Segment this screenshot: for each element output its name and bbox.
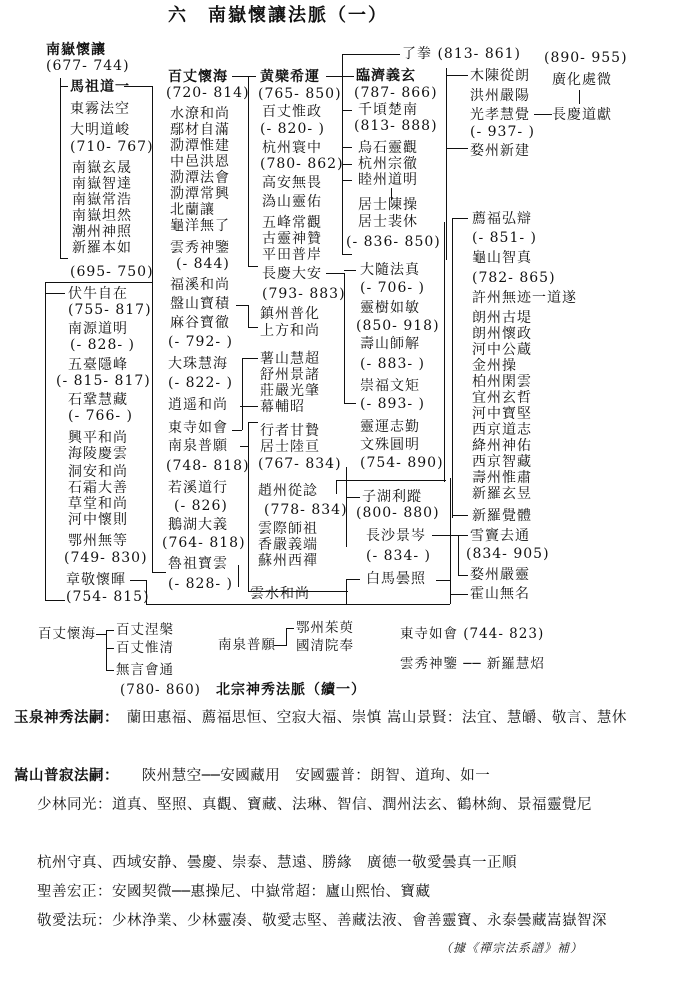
connector-line — [248, 266, 258, 267]
liaoquan: 了拳 (813- 861) — [402, 46, 521, 62]
disciple-name: 潮州神照 — [72, 224, 132, 240]
disciple-dates: (- 836- 850) — [346, 234, 441, 250]
disciple-name: 逍遥和尚 — [168, 397, 228, 413]
disciple-name: 無言會通 — [116, 662, 174, 678]
paragraph-shaolin: 少林同光：道真、堅照、真觀、寶藏、法琳、智信、潤州法玄、鶴林絢、景福靈覺尼 — [22, 791, 662, 820]
huangbo-xiyun: 黄檗希運 — [260, 69, 320, 85]
disciple-dates: (- 851- ) — [472, 230, 537, 246]
paragraph-text: 杭州守真、西域安静、曇慶、崇泰、慧遠、勝緣 廣德一敬愛曇真一正順 — [22, 855, 517, 871]
disciple-name: 新羅玄昱 — [472, 486, 532, 502]
disciple-name: 莊嚴光肇 — [260, 383, 320, 399]
disciple-name: 大明道峻 — [70, 122, 130, 138]
changsha-jingcen: 長沙景岑 — [366, 528, 426, 544]
paragraph-label: 玉泉神秀法嗣： — [14, 710, 112, 726]
connector-line — [248, 422, 249, 592]
paragraph-text: 蘭田惠福、薦福思恒、空寂大福、崇慎 嵩山景賢：法宜、慧皭、敬言、慧休 — [112, 710, 627, 726]
connector-line — [274, 645, 286, 646]
disciple-name: 南嶽常浩 — [72, 192, 132, 208]
disciple-name: 南泉普願 — [168, 438, 228, 454]
disciple-name: 木陳從朗 — [470, 68, 530, 84]
disciple-name: 若溪道行 — [168, 480, 228, 496]
disciple-dates: (- 766- ) — [68, 408, 133, 424]
guanghua-chuwei: 廣化處微 — [552, 72, 612, 88]
disciple-name: 溈山靈佑 — [262, 194, 322, 210]
disciple-name: 草堂和尚 — [68, 496, 128, 512]
connector-line — [342, 254, 352, 255]
disciple-name: 東寺如會 — [168, 420, 228, 436]
disciple-name: 壽山師解 — [360, 336, 420, 352]
connector-line — [130, 580, 146, 581]
disciple-name: 平田普岸 — [262, 247, 322, 263]
connector-line — [45, 282, 46, 600]
connector-line — [458, 535, 459, 575]
connector-line — [242, 358, 243, 430]
disciple-name: 魯祖寶雲 — [168, 556, 228, 572]
nanquan-puyuan: 南泉普願 — [218, 637, 276, 653]
disciple-name: 龜山智真 — [472, 250, 532, 266]
connector-line — [534, 114, 552, 115]
disciple-name: 石鞏慧藏 — [68, 392, 128, 408]
disciple-dates: (778- 834) — [264, 502, 348, 518]
disciple-name: 子湖利蹤 — [362, 489, 422, 505]
disciple-name: 白馬曇照 — [366, 571, 426, 587]
disciple-name: 鵝湖大義 — [168, 517, 228, 533]
disciple-name: 鎮州普化 — [260, 306, 320, 322]
disciple-name: 居士裴休 — [358, 214, 418, 230]
disciple-name: 五臺隱峰 — [68, 357, 128, 373]
connector-line — [336, 480, 337, 494]
disciple-name: 大珠慧海 — [168, 356, 228, 372]
connector-line — [446, 75, 468, 76]
baizhang-huaihai: 百丈懷海 — [38, 626, 96, 642]
paragraph-text: 敬愛法玩：少林浄業、少林靈凑、敬愛志堅、善藏法液、會善靈寶、永泰曇藏嵩嶽智深 — [22, 913, 607, 929]
disciple-dates: (- 826) — [174, 498, 228, 514]
disciple-name: 福溪和尚 — [170, 277, 230, 293]
disciple-dates: (- 828- ) — [70, 337, 135, 353]
disciple-name: 居士陳操 — [358, 197, 418, 213]
disciple-dates: (754- 815) — [66, 589, 150, 605]
disciple-name: 大隨法真 — [360, 262, 420, 278]
disciple-name: 香嚴義端 — [258, 537, 318, 553]
disciple-name: 靈運志勤 — [360, 419, 420, 435]
disciple-name: 烏石靈觀 — [358, 140, 418, 156]
disciple-name: 雲際師祖 — [258, 521, 318, 537]
connector-line — [60, 86, 68, 87]
zhaozhou-congshen: 趙州從諗 — [258, 483, 318, 499]
disciple-dates: (749- 830) — [64, 550, 148, 566]
page-title: 六 南嶽懷讓法脈（一） — [168, 8, 388, 24]
disciple-name: 河中寶堅 — [472, 406, 532, 422]
connector-line — [240, 446, 248, 447]
disciple-dates: (- 834- ) — [366, 548, 431, 564]
connector-line — [286, 628, 287, 646]
disciple-name: 百丈涅槃 — [116, 622, 174, 638]
disciple-dates: (695- 750) — [70, 264, 154, 280]
disciple-name: 國清院奉 — [296, 638, 354, 654]
disciple-name: 靈樹如敏 — [360, 300, 420, 316]
disciple-name: 古靈神贊 — [262, 231, 322, 247]
disciple-name: 東霧法空 — [70, 101, 130, 117]
connector-line — [146, 580, 147, 604]
connector-line — [326, 273, 344, 274]
disciple-dates: (782- 865) — [472, 270, 556, 286]
connector-line — [106, 630, 114, 631]
disciple-name: 鄂州茱萸 — [296, 620, 354, 636]
dongsi-ruhui: 東寺如會 (744- 823) — [400, 626, 544, 642]
connector-line — [346, 579, 360, 580]
disciple-name: 水潦和尚 — [170, 106, 230, 122]
disciple-name: 幕輔昭 — [260, 399, 305, 415]
disciple-dates: (890- 955) — [544, 50, 628, 66]
disciple-name: 鄢材自滿 — [170, 122, 230, 138]
connector-line — [146, 604, 346, 605]
disciple-name: 南嶽玄晟 — [72, 160, 132, 176]
connector-line — [344, 403, 356, 404]
disciple-dates: (767- 834) — [258, 456, 342, 472]
connector-line — [452, 515, 468, 516]
connector-line — [344, 273, 345, 403]
disciple-dates: (755- 817) — [68, 302, 152, 318]
changqing-daoxian: 長慶道獻 — [552, 107, 612, 123]
paragraph-songshan: 嵩山普寂法嗣： 陝州慧空──安國藏用 安國靈普：朗智、道珣、如一 — [14, 762, 662, 791]
disciple-name: 朗州古堤 — [472, 310, 532, 326]
disciple-name: 泐潭惟建 — [170, 138, 230, 154]
disciple-name: 行者甘贄 — [260, 423, 320, 439]
root-dates: (677- 744) — [46, 58, 130, 74]
disciple-name: 文殊圓明 — [360, 437, 420, 453]
disciple-name: 許州無迹一道遂 — [472, 290, 577, 306]
connector-line — [232, 430, 242, 431]
disciple-dates: (793- 883) — [262, 286, 346, 302]
disciple-name: 新羅覺體 — [472, 508, 532, 524]
connector-line — [458, 575, 468, 576]
connector-line — [446, 75, 447, 165]
paragraph-text: 陝州慧空──安國藏用 安國靈普：朗智、道珣、如一 — [112, 768, 490, 784]
disciple-dates: (754- 890) — [360, 455, 444, 471]
disciple-name: 河中懷則 — [68, 512, 128, 528]
disciple-name: 霍山無名 — [470, 586, 530, 602]
disciple-dates: (813- 888) — [354, 118, 438, 134]
disciple-name: 麻谷寶徹 — [170, 315, 230, 331]
connector-line — [342, 180, 352, 181]
connector-line — [342, 110, 352, 111]
disciple-dates: (710- 767) — [70, 139, 154, 155]
disciple-name: 婺州新建 — [470, 143, 530, 159]
connector-line — [45, 282, 152, 283]
disciple-name: 石霜大善 — [68, 480, 128, 496]
connector-line — [452, 218, 453, 518]
connector-line — [152, 572, 166, 573]
disciple-name: 南嶽智達 — [72, 176, 132, 192]
disciple-dates: (- 815- 817) — [56, 373, 151, 389]
disciple-name: 西京智藏 — [472, 454, 532, 470]
disciple-name: 杭州宗徹 — [358, 156, 418, 172]
connector-line — [236, 305, 248, 306]
disciple-name: 鄂州無等 — [68, 533, 128, 549]
disciple-dates: (850- 918) — [356, 318, 440, 334]
connector-line — [248, 76, 249, 266]
connector-line — [240, 406, 258, 407]
connector-line — [96, 634, 106, 635]
disciple-name: 洞安和尚 — [68, 464, 128, 480]
connector-line — [60, 258, 68, 259]
disciple-name: 金州操 — [472, 358, 517, 374]
disciple-dates: (- 844) — [176, 256, 230, 272]
connector-line — [106, 648, 114, 649]
connector-line — [346, 604, 450, 605]
connector-line — [248, 327, 258, 328]
disciple-name: 泐潭法會 — [170, 170, 230, 186]
disciple-name: 蘇州西禪 — [258, 553, 318, 569]
connector-line — [444, 222, 445, 482]
disciple-dates: (- 828- ) — [168, 576, 233, 592]
paragraph-label: 嵩山普寂法嗣： — [14, 768, 112, 784]
disciple-dates: (787- 866) — [354, 85, 438, 101]
disciple-dates: (720- 814) — [166, 85, 250, 101]
connector-line — [436, 580, 450, 581]
disciple-name: 河中公蔵 — [472, 342, 532, 358]
disciple-name: 北蘭讓 — [170, 202, 215, 218]
disciple-dates: (- 822- ) — [168, 375, 233, 391]
connector-line — [106, 630, 107, 670]
guangxiao-huijue: 光孝慧覺 — [470, 107, 530, 123]
disciple-name: 龜洋無了 — [170, 218, 230, 234]
paragraph-jingai: 敬愛法玩：少林浄業、少林靈凑、敬愛志堅、善藏法液、會善靈寶、永泰曇藏嵩嶽智深 — [22, 907, 662, 936]
connector-line — [286, 628, 294, 629]
disciple-name: 雲秀神鑒 — [170, 240, 230, 256]
disciple-name: 睦州道明 — [358, 172, 418, 188]
disciple-name: 中邑洪恩 — [170, 154, 230, 170]
paragraph-text: 少林同光：道真、堅照、真觀、寶藏、法琳、智信、潤州法玄、鶴林絢、景福靈覺尼 — [22, 797, 592, 813]
disciple-name: 南嶽坦然 — [72, 208, 132, 224]
disciple-name: 西京道志 — [472, 422, 532, 438]
disciple-name: 居士陸亘 — [260, 439, 320, 455]
disciple-name: 興平和尚 — [68, 430, 128, 446]
paragraph-shengshan: 聖善宏正：安國契微──惠操尼、中嶽常超：廬山熙怡、寶藏 — [22, 878, 662, 907]
connector-line — [342, 54, 343, 254]
paragraph-hangzhou: 杭州守真、西域安静、曇慶、崇泰、慧遠、勝緣 廣德一敬愛曇真一正順 — [22, 849, 662, 878]
yunxiu-shenjian: 雲秀神鑒 ── 新羅慧炤 — [400, 656, 545, 672]
disciple-name: 高安無畏 — [262, 175, 322, 191]
disciple-name: 海陵慶雲 — [68, 446, 128, 462]
disciple-name: 崇福文矩 — [360, 378, 420, 394]
disciple-name: 杭州寰中 — [262, 140, 322, 156]
connector-line — [242, 358, 258, 359]
disciple-name: 盤山寶積 — [170, 296, 230, 312]
connector-line — [450, 594, 468, 595]
disciple-name: 千頃楚南 — [358, 102, 418, 118]
disciple-dates: (- 792- ) — [168, 334, 233, 350]
connector-line — [106, 670, 114, 671]
connector-line — [336, 480, 446, 481]
disciple-name: 伏牛自在 — [68, 286, 128, 302]
connector-line — [579, 90, 580, 104]
connector-line — [248, 422, 258, 423]
changqing-daan: 長慶大安 — [262, 266, 322, 282]
connector-line — [346, 580, 347, 604]
connector-line — [344, 270, 356, 271]
disciple-name: 薯山慧超 — [260, 351, 320, 367]
section-subtitle: 北宗神秀法脈（續一） — [216, 682, 366, 698]
connector-line — [446, 148, 468, 149]
disciple-name: 南源道明 — [68, 321, 128, 337]
disciple-name: 朗州懷政 — [472, 326, 532, 342]
connector-line — [45, 600, 65, 601]
connector-line — [342, 54, 400, 55]
paragraph-yuquan: 玉泉神秀法嗣： 蘭田惠福、薦福思恒、空寂大福、崇慎 嵩山景賢：法宜、慧皭、敬言、… — [14, 704, 662, 733]
disciple-name: 上方和尚 — [260, 323, 320, 339]
disciple-name: 絳州神佑 — [472, 438, 532, 454]
connector-line — [60, 78, 61, 258]
paragraph-text: 聖善宏正：安國契微──惠操尼、中嶽常超：廬山熙怡、寶藏 — [22, 884, 430, 900]
connector-line — [124, 86, 152, 87]
connector-line — [248, 305, 249, 327]
connector-line — [346, 467, 347, 547]
baizhang-huaihai: 百丈懷海 — [168, 69, 228, 85]
disciple-name: 五峰常觀 — [262, 215, 322, 231]
zhangjing-huaihui: 章敬懷暉 — [66, 572, 126, 588]
linji-yixuan: 臨濟義玄 — [356, 68, 416, 84]
disciple-dates: (800- 880) — [356, 505, 440, 521]
mazu-daoyi: 馬祖道一 — [70, 79, 130, 95]
disciple-dates: (- 883- ) — [360, 356, 425, 372]
disciple-dates: (- 893- ) — [360, 396, 425, 412]
connector-line — [152, 86, 153, 572]
connector-line — [342, 76, 352, 77]
disciple-name: 薦福弘辯 — [472, 211, 532, 227]
disciple-dates: (748- 818) — [166, 458, 250, 474]
connector-line — [45, 293, 65, 294]
disciple-dates: (780- 860) — [120, 682, 201, 698]
disciple-name: 百丈惟政 — [262, 104, 322, 120]
disciple-dates: (780- 862) — [260, 156, 344, 172]
connector-line — [238, 565, 239, 587]
disciple-name: 柏州閑雲 — [472, 374, 532, 390]
disciple-name: 舒州景諸 — [260, 367, 320, 383]
connector-line — [452, 218, 468, 219]
disciple-dates: (834- 905) — [466, 546, 550, 562]
connector-line — [342, 147, 352, 148]
connector-line — [342, 164, 352, 165]
disciple-name: 壽州惟肅 — [472, 470, 532, 486]
disciple-name: 洪州嚴陽 — [470, 88, 530, 104]
disciple-dates: (- 937- ) — [470, 124, 535, 140]
disciple-dates: (764- 818) — [162, 535, 246, 551]
root-master: 南嶽懷讓 — [46, 42, 106, 58]
connector-line — [232, 76, 256, 77]
connector-line — [432, 535, 468, 536]
disciple-dates: (- 820- ) — [260, 121, 325, 137]
connector-line — [346, 497, 360, 498]
disciple-name: 新羅本如 — [72, 240, 132, 256]
disciple-dates: (- 706- ) — [360, 280, 425, 296]
connector-line — [450, 580, 451, 594]
disciple-name: 宜州玄哲 — [472, 390, 532, 406]
disciple-name: 婺州嚴靈 — [470, 567, 530, 583]
disciple-name: 百丈惟清 — [116, 640, 174, 656]
source-note: （據《禪宗法系譜》補） — [440, 940, 583, 956]
xuedou-qutong: 雪竇去通 — [470, 528, 530, 544]
disciple-name: 雲水和尚 — [250, 586, 310, 602]
disciple-name: 泐潭常興 — [170, 186, 230, 202]
disciple-dates: (765- 850) — [258, 86, 342, 102]
